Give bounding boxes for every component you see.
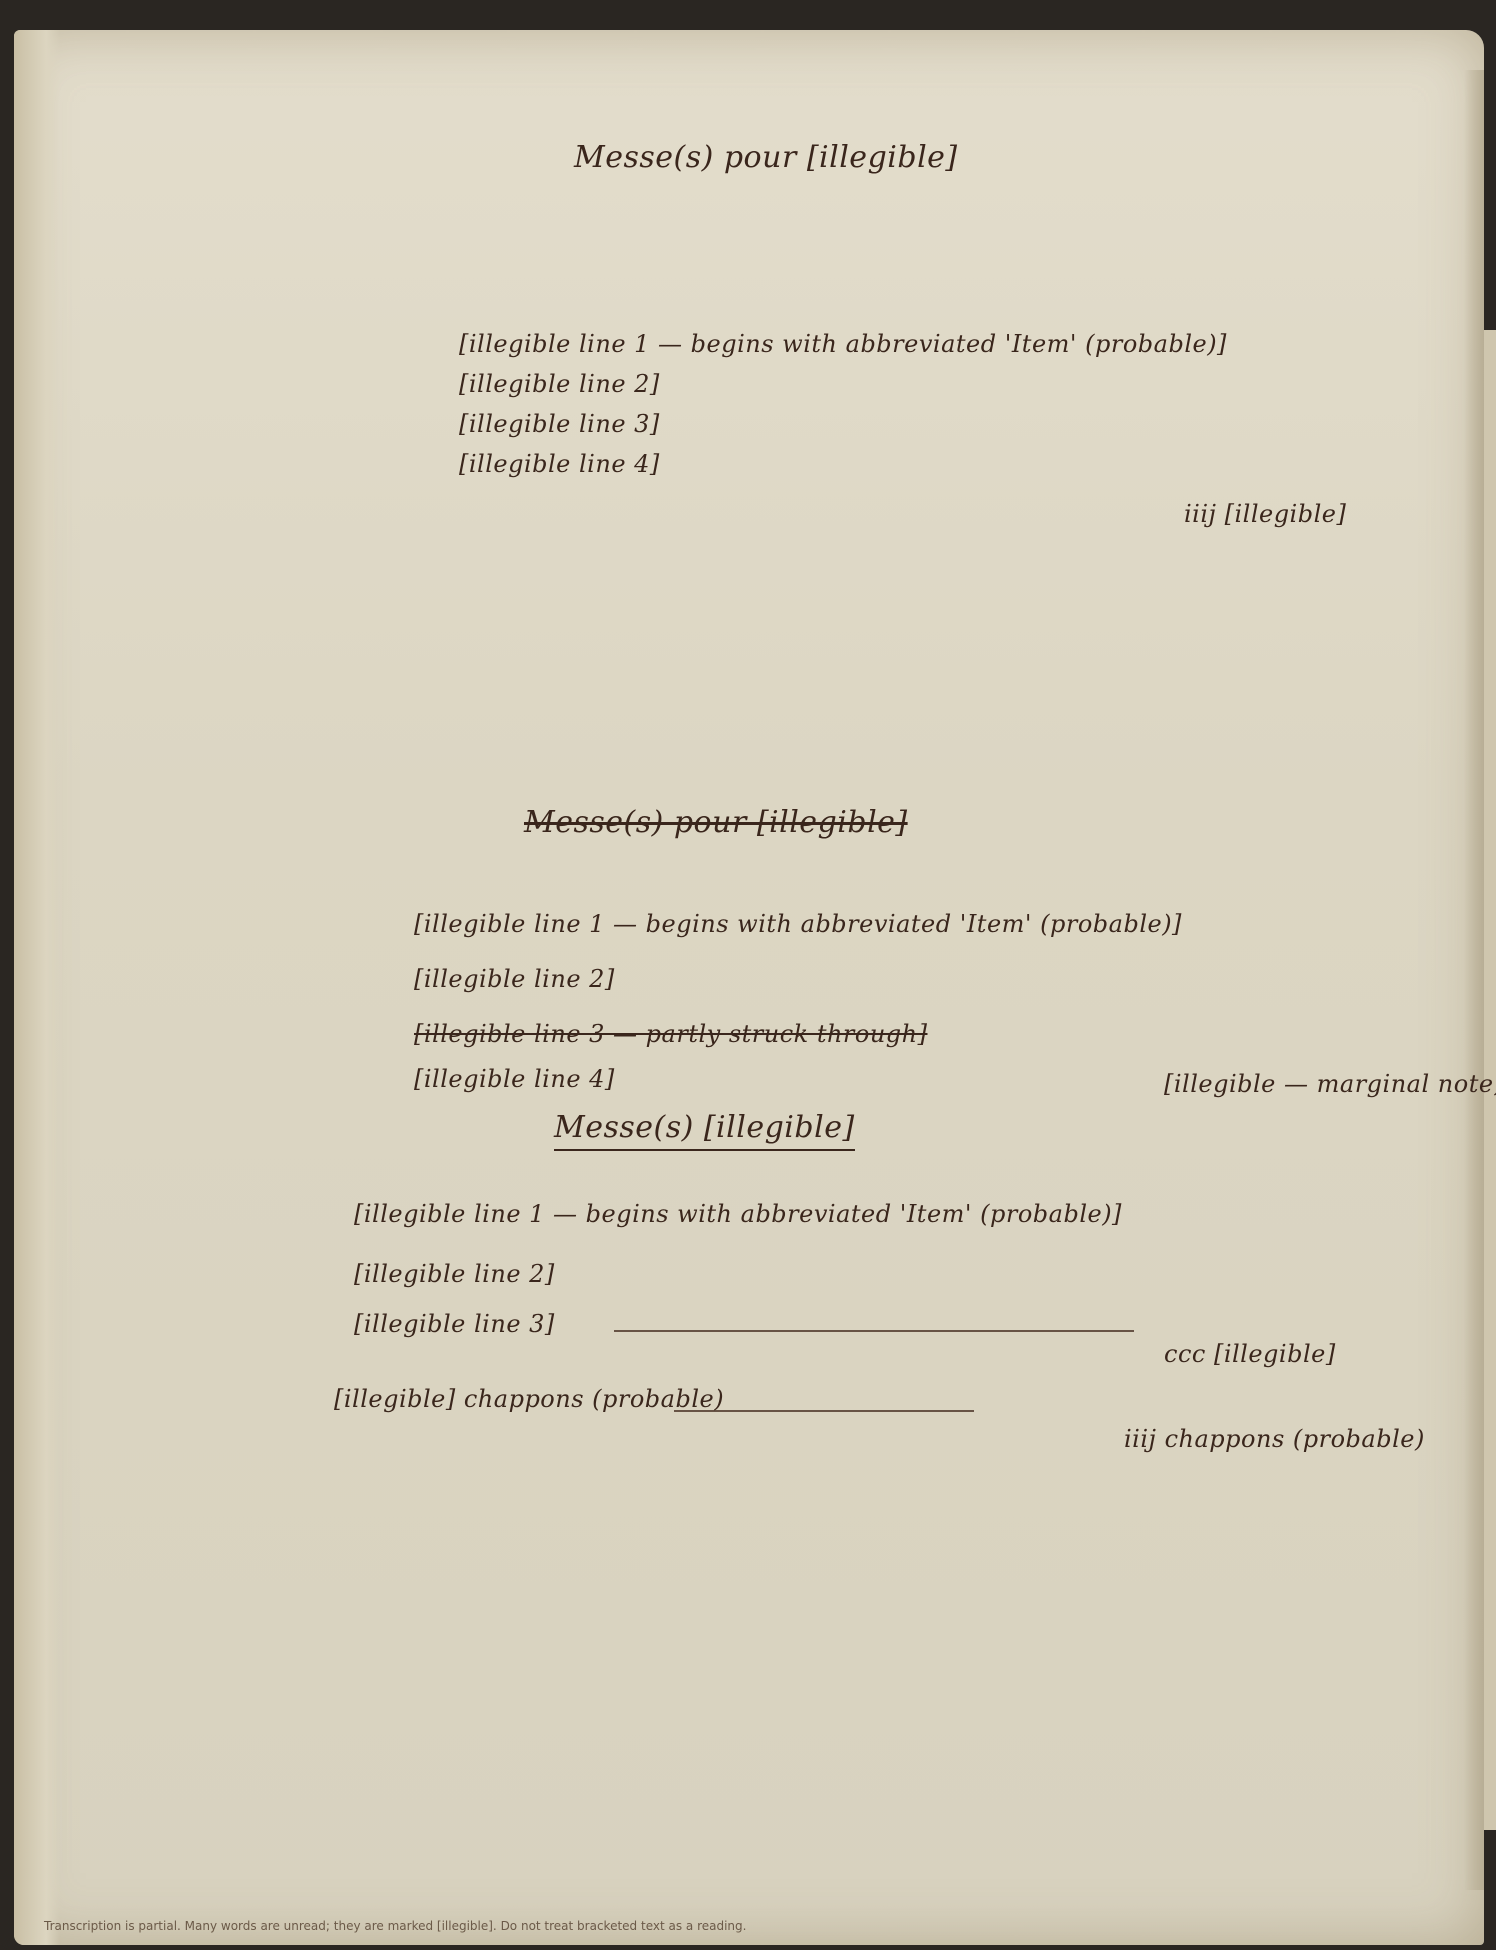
section-4-line-1: [illegible] chappons (probable) — [334, 1385, 724, 1413]
section-1-line-1: [illegible line 1 — begins with abbrevia… — [459, 330, 1227, 358]
section-3-margin-sum: ccc [illegible] — [1164, 1340, 1336, 1368]
transcription-confidence-note: Transcription is partial. Many words are… — [44, 1919, 746, 1933]
section-1-margin-sum: iiij [illegible] — [1184, 500, 1346, 528]
section-4-filler-dash — [674, 1410, 974, 1412]
section-2-line-2: [illegible line 2] — [414, 965, 615, 993]
section-1-line-3: [illegible line 3] — [459, 410, 660, 438]
section-3-heading: Messe(s) [illegible] — [554, 1110, 855, 1151]
section-1-line-4: [illegible line 4] — [459, 450, 660, 478]
manuscript-page: Messe(s) pour [illegible] [illegible lin… — [14, 30, 1484, 1945]
section-3-filler-dash — [614, 1330, 1134, 1332]
section-4-margin-sum: iiij chappons (probable) — [1124, 1425, 1425, 1453]
section-2-line-1: [illegible line 1 — begins with abbrevia… — [414, 910, 1182, 938]
right-edge-shadow — [1464, 70, 1484, 1890]
section-2-line-4: [illegible line 4] — [414, 1065, 615, 1093]
section-2-line-3: [illegible line 3 — partly struck throug… — [414, 1020, 928, 1048]
section-2-heading: Messe(s) pour [illegible] — [524, 805, 908, 840]
section-1-line-2: [illegible line 2] — [459, 370, 660, 398]
section-3-line-2: [illegible line 2] — [354, 1260, 555, 1288]
section-3-line-3: [illegible line 3] — [354, 1310, 555, 1338]
section-3-line-1: [illegible line 1 — begins with abbrevia… — [354, 1200, 1122, 1228]
worn-left-edge — [14, 30, 60, 1945]
section-2-margin-sum: [illegible — marginal note, partly faded… — [1164, 1070, 1496, 1098]
section-1-heading: Messe(s) pour [illegible] — [574, 140, 958, 175]
